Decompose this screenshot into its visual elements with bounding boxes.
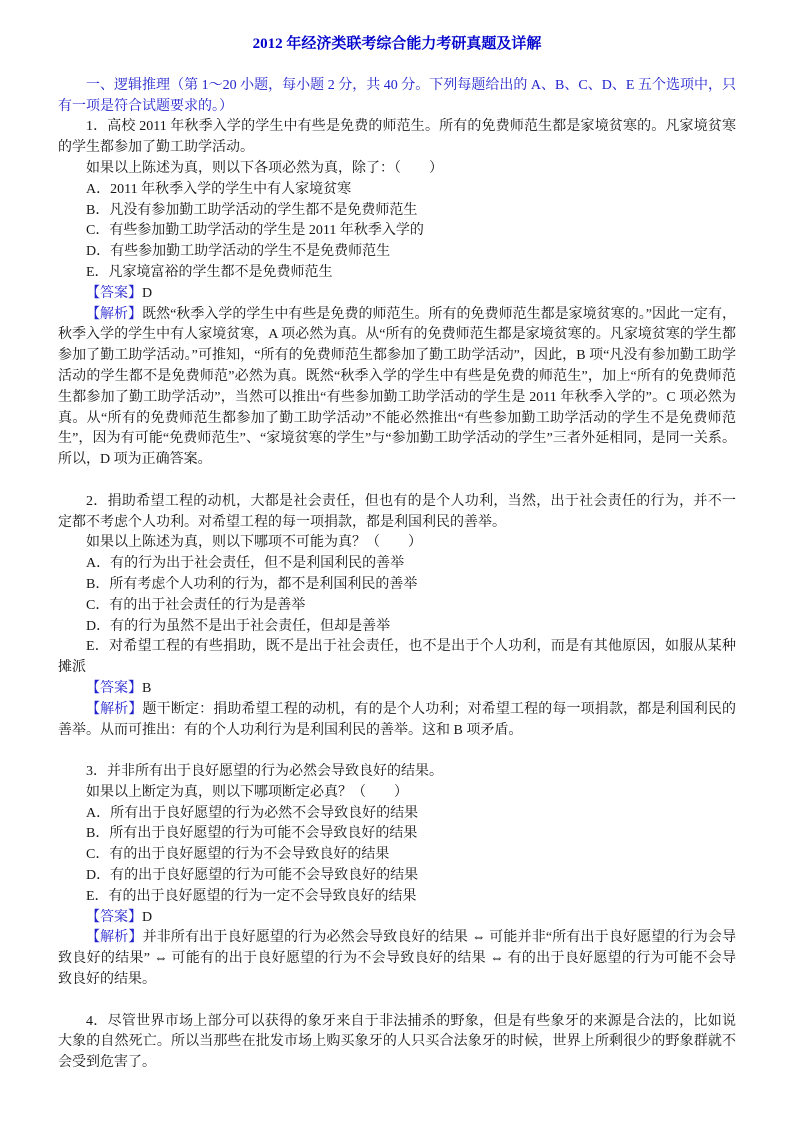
analysis-paragraph: 【解析】并非所有出于良好愿望的行为必然会导致良好的结果 ⇔ 可能并非“所有出于良…	[58, 928, 736, 990]
answer-line: 【答案】B	[58, 679, 736, 700]
question-2: 2．捐助希望工程的动机，大都是社会责任，但也有的是个人功利，当然，出于社会责任的…	[58, 492, 736, 742]
question-stem: 1．高校 2011 年秋季入学的学生中有些是免费的师范生。所有的免费师范生都是家…	[58, 117, 736, 159]
question-stem: 4．尽管世界市场上部分可以获得的象牙来自于非法捕杀的野象，但是有些象牙的来源是合…	[58, 1012, 736, 1074]
question-1: 1．高校 2011 年秋季入学的学生中有些是免费的师范生。所有的免费师范生都是家…	[58, 117, 736, 471]
option-e: E．对希望工程的有些捐助，既不是出于社会责任，也不是出于个人功利，而是有其他原因…	[58, 637, 736, 679]
option-c: C．有的出于良好愿望的行为不会导致良好的结果	[58, 845, 736, 866]
option-b: B．凡没有参加勤工助学活动的学生都不是免费师范生	[58, 201, 736, 222]
option-b: B．所有考虑个人功利的行为，都不是利国利民的善举	[58, 575, 736, 596]
analysis-label: 【解析】	[86, 930, 143, 945]
option-a: A．2011 年秋季入学的学生中有人家境贫寒	[58, 180, 736, 201]
option-d: D．有些参加勤工助学活动的学生不是免费师范生	[58, 242, 736, 263]
answer-value: D	[142, 286, 152, 301]
answer-label: 【答案】	[86, 910, 142, 925]
answer-label: 【答案】	[86, 286, 142, 301]
answer-value: B	[142, 681, 151, 696]
answer-value: D	[142, 910, 152, 925]
option-a: A．有的行为出于社会责任，但不是利国利民的善举	[58, 554, 736, 575]
answer-line: 【答案】D	[58, 284, 736, 305]
analysis-text: 并非所有出于良好愿望的行为必然会导致良好的结果 ⇔ 可能并非“所有出于良好愿望的…	[58, 930, 736, 987]
option-c: C．有些参加勤工助学活动的学生是 2011 年秋季入学的	[58, 221, 736, 242]
question-stem: 3．并非所有出于良好愿望的行为必然会导致良好的结果。	[58, 762, 736, 783]
analysis-text: 题干断定：捐助希望工程的动机，有的是个人功利；对希望工程的每一项捐款，都是利国利…	[58, 702, 736, 738]
question-stem: 2．捐助希望工程的动机，大都是社会责任，但也有的是个人功利，当然，出于社会责任的…	[58, 492, 736, 534]
option-d: D．有的行为虽然不是出于社会责任，但却是善举	[58, 617, 736, 638]
option-d: D．有的出于良好愿望的行为可能不会导致良好的结果	[58, 866, 736, 887]
option-c: C．有的出于社会责任的行为是善举	[58, 596, 736, 617]
option-b: B．所有出于良好愿望的行为可能不会导致良好的结果	[58, 824, 736, 845]
option-e: E．凡家境富裕的学生都不是免费师范生	[58, 263, 736, 284]
document-page: 2012 年经济类联考综合能力考研真题及详解 一、逻辑推理（第 1～20 小题，…	[0, 0, 793, 1123]
analysis-paragraph: 【解析】既然“秋季入学的学生中有些是免费的师范生。所有的免费师范生都是家境贫寒的…	[58, 305, 736, 471]
answer-line: 【答案】D	[58, 908, 736, 929]
section-heading: 一、逻辑推理（第 1～20 小题，每小题 2 分，共 40 分。下列每题给出的 …	[58, 76, 736, 118]
question-prompt: 如果以上陈述为真，则以下各项必然为真，除了：（ ）	[58, 159, 736, 180]
answer-label: 【答案】	[86, 681, 142, 696]
option-a: A．所有出于良好愿望的行为必然不会导致良好的结果	[58, 804, 736, 825]
question-prompt: 如果以上陈述为真，则以下哪项不可能为真？（ ）	[58, 533, 736, 554]
question-prompt: 如果以上断定为真，则以下哪项断定必真？（ ）	[58, 783, 736, 804]
page-title: 2012 年经济类联考综合能力考研真题及详解	[58, 34, 736, 55]
analysis-label: 【解析】	[86, 307, 142, 322]
analysis-label: 【解析】	[86, 702, 143, 717]
analysis-text: 既然“秋季入学的学生中有些是免费的师范生。所有的免费师范生都是家境贫寒的。”因此…	[58, 307, 736, 468]
analysis-paragraph: 【解析】题干断定：捐助希望工程的动机，有的是个人功利；对希望工程的每一项捐款，都…	[58, 700, 736, 742]
question-3: 3．并非所有出于良好愿望的行为必然会导致良好的结果。 如果以上断定为真，则以下哪…	[58, 762, 736, 991]
option-e: E．有的出于良好愿望的行为一定不会导致良好的结果	[58, 887, 736, 908]
question-4: 4．尽管世界市场上部分可以获得的象牙来自于非法捕杀的野象，但是有些象牙的来源是合…	[58, 1012, 736, 1074]
